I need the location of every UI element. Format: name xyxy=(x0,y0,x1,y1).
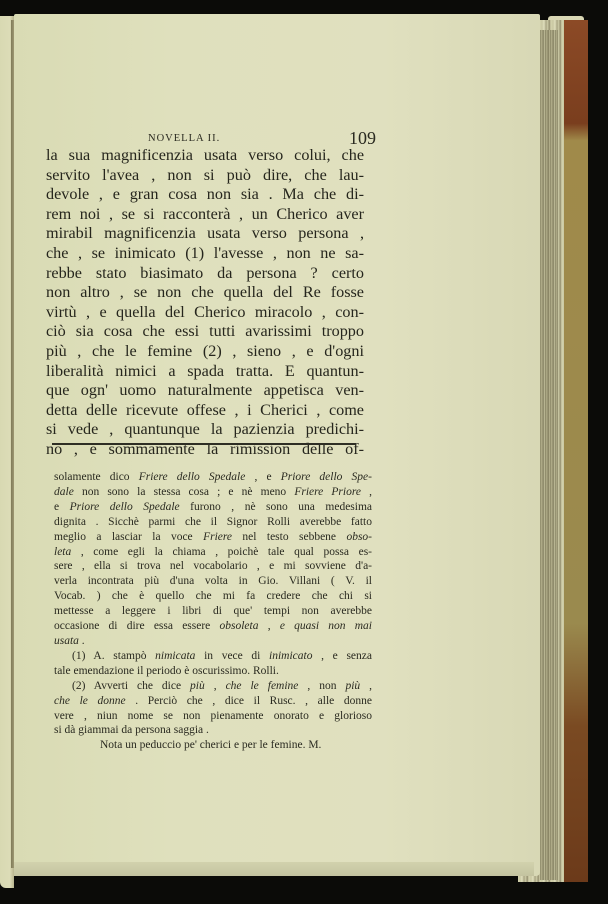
body-line: ciò sia cosa che essi tutti avarissimi t… xyxy=(46,322,364,342)
footnote-line: mettesse a leggere i libri di que' tempi… xyxy=(54,604,372,619)
footnote-separator-rule xyxy=(52,443,356,445)
footnote-line: leta , come egli la chiama , poichè tale… xyxy=(54,545,372,560)
footnote-signoff: Nota un peduccio pe' cherici e per le fe… xyxy=(54,738,372,753)
body-line: rebbe stato biasimato da persona ? certo xyxy=(46,264,364,284)
body-line: detta delle ricevute offese , i Cherici … xyxy=(46,401,364,421)
footnote-line: che le donne . Perciò che , dice il Rusc… xyxy=(54,694,372,709)
footnote-line: sere , ella si trova nel vocabolario , e… xyxy=(54,559,372,574)
footnotes: solamente dico Friere dello Spedale , e … xyxy=(54,470,372,753)
footnote-line: occasione di dire essa essere obsoleta ,… xyxy=(54,619,372,634)
footnote-line: usata . xyxy=(54,634,372,649)
body-line: si vede , quantunque la pazienzia predic… xyxy=(46,420,364,440)
body-line: que ogn' uomo naturalmente appetisca ven… xyxy=(46,381,364,401)
footnote-line: dale non sono la stessa cosa ; e nè meno… xyxy=(54,485,372,500)
footnote-line: (2) Avverti che dice più , che le femine… xyxy=(54,679,372,694)
body-line: la sua magnificenzia usata verso colui, … xyxy=(46,146,364,166)
page-bottom-edge xyxy=(14,862,534,876)
body-text: la sua magnificenzia usata verso colui, … xyxy=(46,146,364,460)
footnote-line: solamente dico Friere dello Spedale , e … xyxy=(54,470,372,485)
footnote-line: si dà giammai da persona saggia . xyxy=(54,723,372,738)
footnote-2: (2) Avverti che dice più , che le femine… xyxy=(54,679,372,739)
body-line: devole , e gran cosa non sia . Ma che di… xyxy=(46,185,364,205)
footnote-1: (1) A. stampò nimicata in vece di inimic… xyxy=(54,649,372,679)
footnote-line: vere , niun nome se non pienamente onora… xyxy=(54,709,372,724)
footnote-line: tale emendazione il periodo è oscurissim… xyxy=(54,664,372,679)
body-line: che , se inimicato (1) l'avesse , non ne… xyxy=(46,244,364,264)
footnote-line: (1) A. stampò nimicata in vece di inimic… xyxy=(54,649,372,664)
body-line: rem noi , se si racconterà , un Cherico … xyxy=(46,205,364,225)
footnote-continuation: solamente dico Friere dello Spedale , e … xyxy=(54,470,372,649)
body-line: liberalità nimici a spada tratta. E quan… xyxy=(46,362,364,382)
stacked-page-edges-shadow xyxy=(540,30,558,880)
footnote-line: meglio a lasciar la voce Friere nel test… xyxy=(54,530,372,545)
footnote-line: verla incontrata più d'una volta in Gio.… xyxy=(54,574,372,589)
footnote-line: e Priore dello Spedale furono , nè sono … xyxy=(54,500,372,515)
body-line: servito l'avea , non si può dire, che la… xyxy=(46,166,364,186)
body-line: non altro , se non che quella del Re fos… xyxy=(46,283,364,303)
footnote-line: dignita . Sicchè parmi che il Signor Rol… xyxy=(54,515,372,530)
section-title: NOVELLA II. xyxy=(148,133,220,144)
body-line: mirabil magnificenzia usata verso person… xyxy=(46,224,364,244)
body-line: più , che le femine (2) , sieno , e d'og… xyxy=(46,342,364,362)
footnote-line: Vocab. ) che è quello che mi fa credere … xyxy=(54,589,372,604)
body-line: virtù , e quella del Cherico miracolo , … xyxy=(46,303,364,323)
